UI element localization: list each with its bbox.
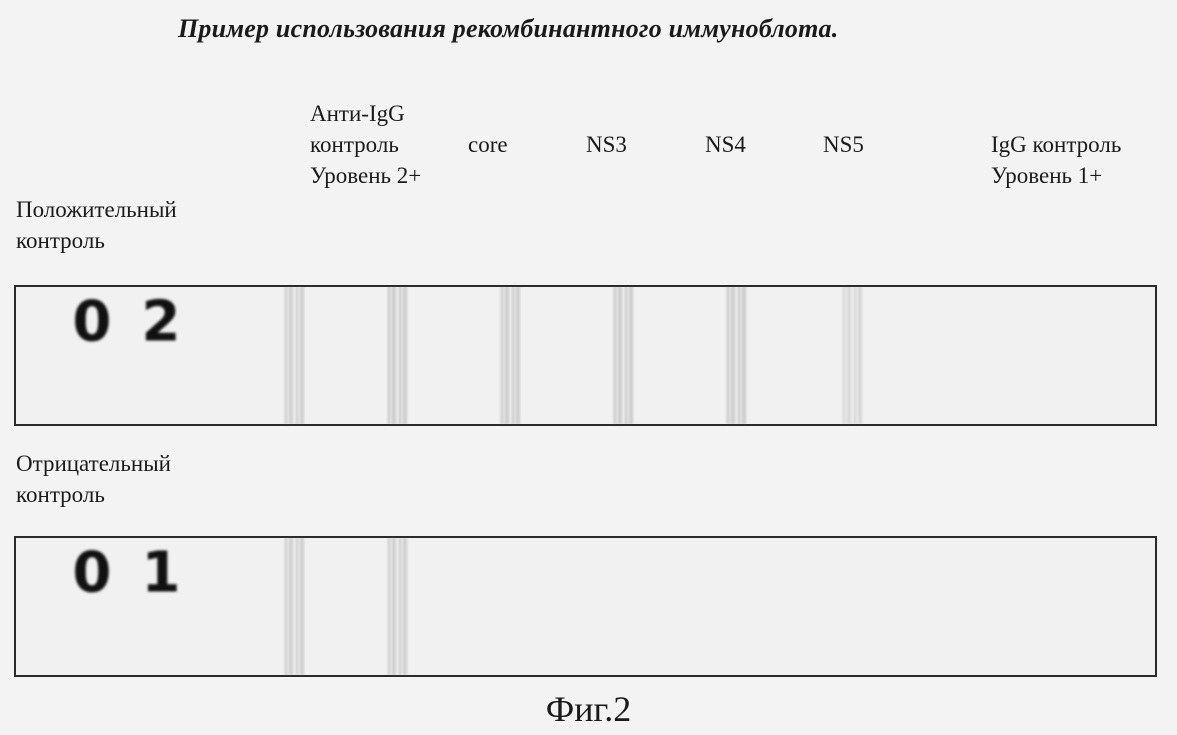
figure-caption: Фиг.2 [0,688,1177,730]
column-label-ns4: NS4 [705,129,746,160]
column-label-core: core [468,129,508,160]
band-анти-igg-контроль [386,538,408,675]
band-ns5 [841,287,863,424]
band-edge [283,287,305,424]
strip-number: 01 [109,504,174,642]
band-анти-igg-контроль [386,287,408,424]
column-label-ns3: NS3 [586,129,627,160]
test-strip-negative: 01 [14,536,1157,677]
band-core [499,287,521,424]
row-label-positive-control: Положительный контроль [16,194,177,256]
column-label-ns5: NS5 [823,129,864,160]
column-label-anti-igg-control: Анти-IgG контроль Уровень 2+ [310,98,421,191]
row-label-negative-control: Отрицательный контроль [16,448,171,510]
strip-number: 02 [109,253,174,391]
band-edge [283,538,305,675]
figure-title: Пример использования рекомбинантного имм… [178,14,1028,44]
column-label-igg-control: IgG контроль Уровень 1+ [991,129,1121,191]
band-ns3 [612,287,634,424]
test-strip-positive: 02 [14,285,1157,426]
band-ns4 [725,287,747,424]
